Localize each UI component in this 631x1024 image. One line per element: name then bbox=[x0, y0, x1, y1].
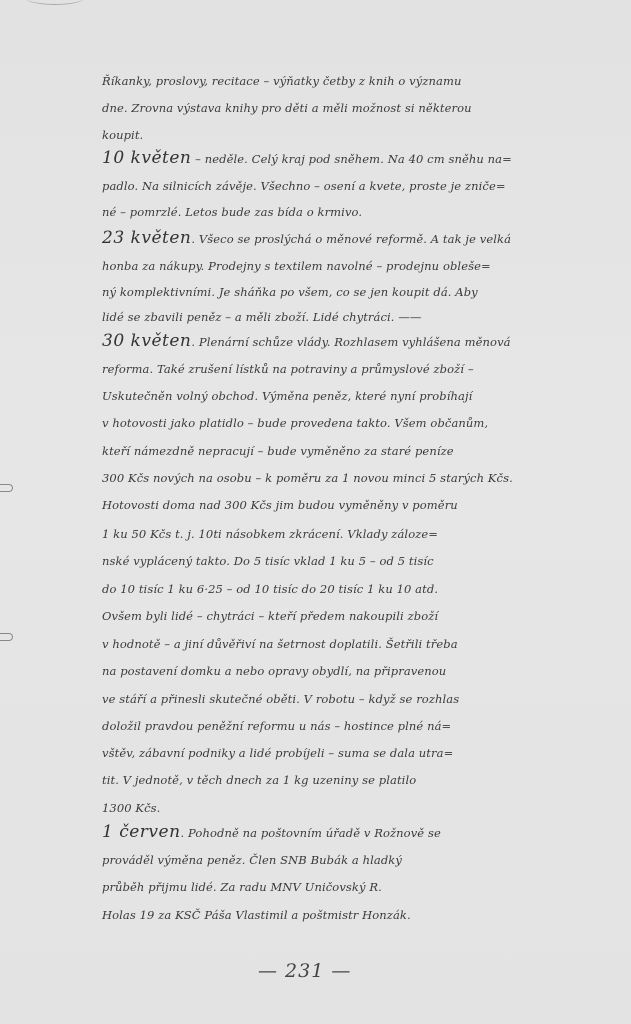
text-line: dne. Zrovna výstava knihy pro děti a měl… bbox=[102, 101, 472, 115]
punch-hole-mark-lower bbox=[0, 633, 13, 641]
text-line: reforma. Také zrušení lístků na potravin… bbox=[102, 362, 474, 376]
page-number: — 231 — bbox=[258, 960, 351, 982]
text-line: vštěv, zábavní podniky a lidé probíjeli … bbox=[102, 746, 453, 760]
entry-date: 1 červen bbox=[102, 822, 181, 842]
text-line: Ovšem byli lidé – chytráci – kteří přede… bbox=[102, 609, 438, 623]
text-line: koupit. bbox=[102, 128, 143, 142]
punch-hole-mark-upper bbox=[0, 484, 13, 492]
text-line: Říkanky, proslovy, recitace – výňatky če… bbox=[102, 74, 462, 88]
text-line: lidé se zbavili peněz – a měli zboží. Li… bbox=[102, 310, 422, 324]
text-line: v hodnotě – a jiní důvěřiví na šetrnost … bbox=[102, 637, 458, 651]
handwritten-page: Říkanky, proslovy, recitace – výňatky če… bbox=[0, 0, 631, 1024]
text-line: ve stáří a přinesli skutečné oběti. V ro… bbox=[102, 692, 459, 706]
text-line: tit. V jednotě, v těch dnech za 1 kg uze… bbox=[102, 773, 416, 787]
entry-10-kveten: 10 květen – neděle. Celý kraj pod sněhem… bbox=[102, 148, 512, 168]
text-line: 1 ku 50 Kčs t. j. 10ti násobkem zkrácení… bbox=[102, 527, 438, 541]
text-line: padlo. Na silnicích závěje. Všechno – os… bbox=[102, 179, 506, 193]
text-line: Hotovosti doma nad 300 Kčs jim budou vym… bbox=[102, 498, 458, 512]
text-line: Uskutečněn volný obchod. Výměna peněz, k… bbox=[102, 389, 472, 403]
text-line: 300 Kčs nových na osobu – k poměru za 1 … bbox=[102, 471, 513, 485]
page-edge-mark bbox=[25, 0, 85, 5]
text-line: né – pomrzlé. Letos bude zas bída o krmi… bbox=[102, 205, 362, 219]
text-line: v hotovosti jako platidlo – bude provede… bbox=[102, 416, 488, 430]
text-line: doložil pravdou peněžní reformu u nás – … bbox=[102, 719, 451, 733]
text-line: prováděl výměna peněz. Člen SNB Bubák a … bbox=[102, 853, 402, 867]
text-line: ný komplektivními. Je sháňka po všem, co… bbox=[102, 285, 478, 299]
entry-30-kveten: 30 květen. Plenární schůze vlády. Rozhla… bbox=[102, 331, 511, 351]
text-line: průběh přijmu lidé. Za radu MNV Uničovsk… bbox=[102, 880, 382, 894]
text-line: do 10 tisíc 1 ku 6·25 – od 10 tisíc do 2… bbox=[102, 582, 438, 596]
text-line: 1300 Kčs. bbox=[102, 801, 160, 815]
entry-date: 30 květen bbox=[102, 331, 191, 351]
text-line: na postavení domku a nebo opravy obydlí,… bbox=[102, 664, 446, 678]
entry-date: 23 květen bbox=[102, 228, 191, 248]
entry-23-kveten: 23 květen. Všeco se proslýchá o měnové r… bbox=[102, 228, 511, 248]
text-line: Holas 19 za KSČ Páša Vlastimil a poštmis… bbox=[102, 908, 411, 922]
entry-1-cerven: 1 červen. Pohodně na poštovním úřadě v R… bbox=[102, 822, 441, 842]
entry-date: 10 květen bbox=[102, 148, 191, 168]
text-line: nské vyplácený takto. Do 5 tisíc vklad 1… bbox=[102, 554, 434, 568]
text-line: honba za nákupy. Prodejny s textilem nav… bbox=[102, 259, 491, 273]
text-line: kteří námezdně nepracují – bude vyměněno… bbox=[102, 444, 454, 458]
